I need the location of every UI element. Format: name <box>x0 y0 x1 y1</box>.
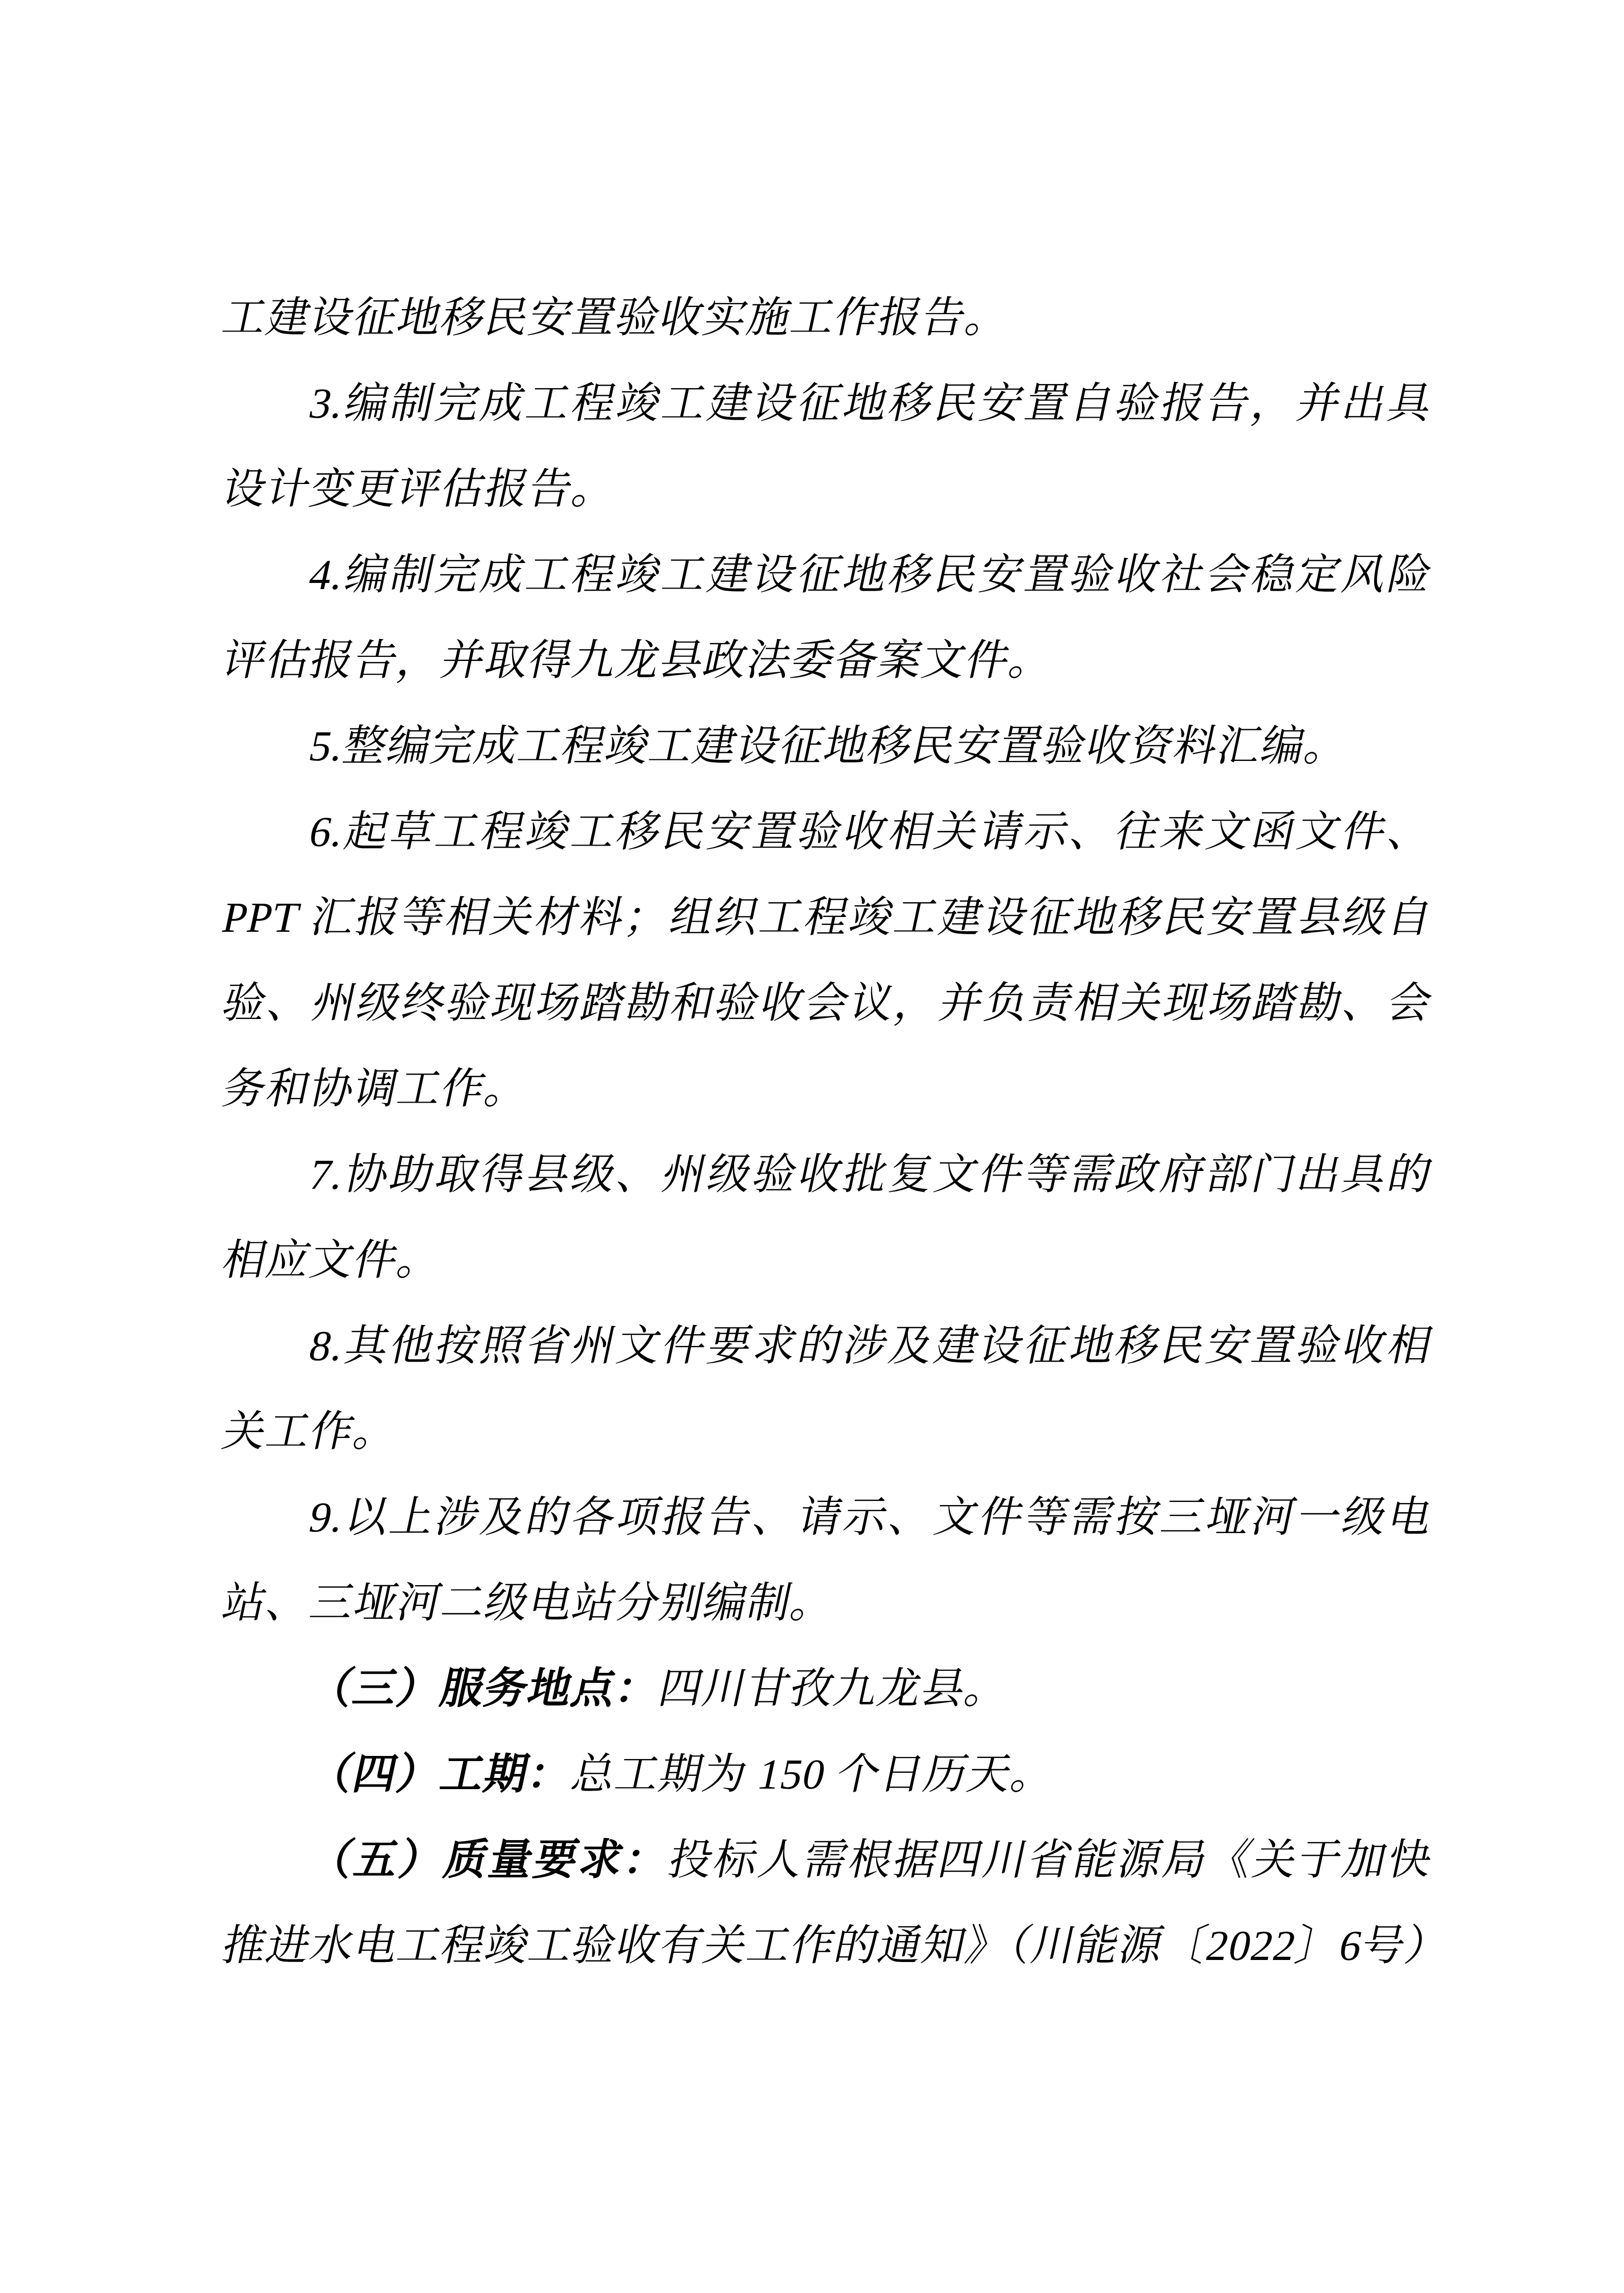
text-line: 评估报告，并取得九龙县政法委备案文件。 <box>214 618 1441 704</box>
text-run: 设计变更评估报告。 <box>218 466 622 513</box>
text-run: 关工作。 <box>218 1408 403 1456</box>
text-run: 站、三垭河二级电站分别编制。 <box>218 1579 840 1627</box>
text-run: 5.整编完成工程竣工建设征地移民安置验收资料汇编。 <box>305 723 1354 770</box>
text-line: （三）服务地点：四川甘孜九龙县。 <box>214 1646 1441 1732</box>
text-line: （五）质量要求：投标人需根据四川省能源局《关于加快 <box>214 1818 1441 1903</box>
text-line: 站、三垭河二级电站分别编制。 <box>214 1561 1441 1646</box>
text-line: 3.编制完成工程竣工建设征地移民安置自验报告，并出具 <box>214 361 1441 447</box>
text-line: 8.其他按照省州文件要求的涉及建设征地移民安置验收相 <box>214 1304 1441 1389</box>
text-line: 7.协助取得县级、州级验收批复文件等需政府部门出具的 <box>214 1132 1441 1218</box>
text-line: （四）工期：总工期为 150 个日历天。 <box>214 1732 1441 1818</box>
text-run: 相应文件。 <box>218 1237 447 1284</box>
text-line: 相应文件。 <box>214 1218 1441 1304</box>
bold-label-run: （五）质量要求： <box>305 1837 675 1884</box>
text-run: 4.编制完成工程竣工建设征地移民安置验收社会稳定风险 <box>305 551 1437 599</box>
text-run: 验、州级终验现场踏勘和验收会议，并负责相关现场踏勘、会 <box>218 980 1437 1027</box>
text-line: 设计变更评估报告。 <box>214 447 1441 532</box>
text-line: 关工作。 <box>214 1389 1441 1475</box>
text-run: 6.起草工程竣工移民安置验收相关请示、往来文函文件、 <box>305 808 1437 856</box>
text-run: PPT 汇报等相关材料；组织工程竣工建设征地移民安置县级自 <box>218 894 1437 941</box>
text-run: 工建设征地移民安置验收实施工作报告。 <box>218 294 1015 342</box>
text-run: 8.其他按照省州文件要求的涉及建设征地移民安置验收相 <box>305 1322 1437 1370</box>
text-line: 工建设征地移民安置验收实施工作报告。 <box>214 275 1441 361</box>
text-line: PPT 汇报等相关材料；组织工程竣工建设征地移民安置县级自 <box>214 875 1441 961</box>
text-line: 6.起草工程竣工移民安置验收相关请示、往来文函文件、 <box>214 789 1441 875</box>
bold-label-run: （四）工期： <box>305 1751 577 1798</box>
text-line: 5.整编完成工程竣工建设征地移民安置验收资料汇编。 <box>214 704 1441 789</box>
text-block: 工建设征地移民安置验收实施工作报告。3.编制完成工程竣工建设征地移民安置自验报告… <box>214 275 1423 1989</box>
text-run: 评估报告，并取得九龙县政法委备案文件。 <box>218 637 1059 684</box>
text-line: 验、州级终验现场踏勘和验收会议，并负责相关现场踏勘、会 <box>214 961 1441 1047</box>
text-run: 四川甘孜九龙县。 <box>655 1665 1014 1713</box>
text-line: 推进水电工程竣工验收有关工作的通知》（川能源〔2022〕6号） <box>214 1903 1441 1989</box>
text-run: 推进水电工程竣工验收有关工作的通知》（川能源〔2022〕6号） <box>218 1922 1455 1970</box>
text-run: 务和协调工作。 <box>218 1065 535 1113</box>
text-line: 4.编制完成工程竣工建设征地移民安置验收社会稳定风险 <box>214 532 1441 618</box>
bold-label-run: （三）服务地点： <box>305 1665 665 1713</box>
document-page: 工建设征地移民安置验收实施工作报告。3.编制完成工程竣工建设征地移民安置自验报告… <box>0 0 1624 2293</box>
text-run: 9.以上涉及的各项报告、请示、文件等需按三垭河一级电 <box>305 1494 1437 1541</box>
text-run: 3.编制完成工程竣工建设征地移民安置自验报告，并出具 <box>305 380 1437 427</box>
text-line: 9.以上涉及的各项报告、请示、文件等需按三垭河一级电 <box>214 1475 1441 1561</box>
text-run: 总工期为 150 个日历天。 <box>567 1751 1060 1798</box>
text-run: 7.协助取得县级、州级验收批复文件等需政府部门出具的 <box>305 1151 1437 1199</box>
text-run: 投标人需根据四川省能源局《关于加快 <box>665 1837 1437 1884</box>
text-line: 务和协调工作。 <box>214 1047 1441 1132</box>
